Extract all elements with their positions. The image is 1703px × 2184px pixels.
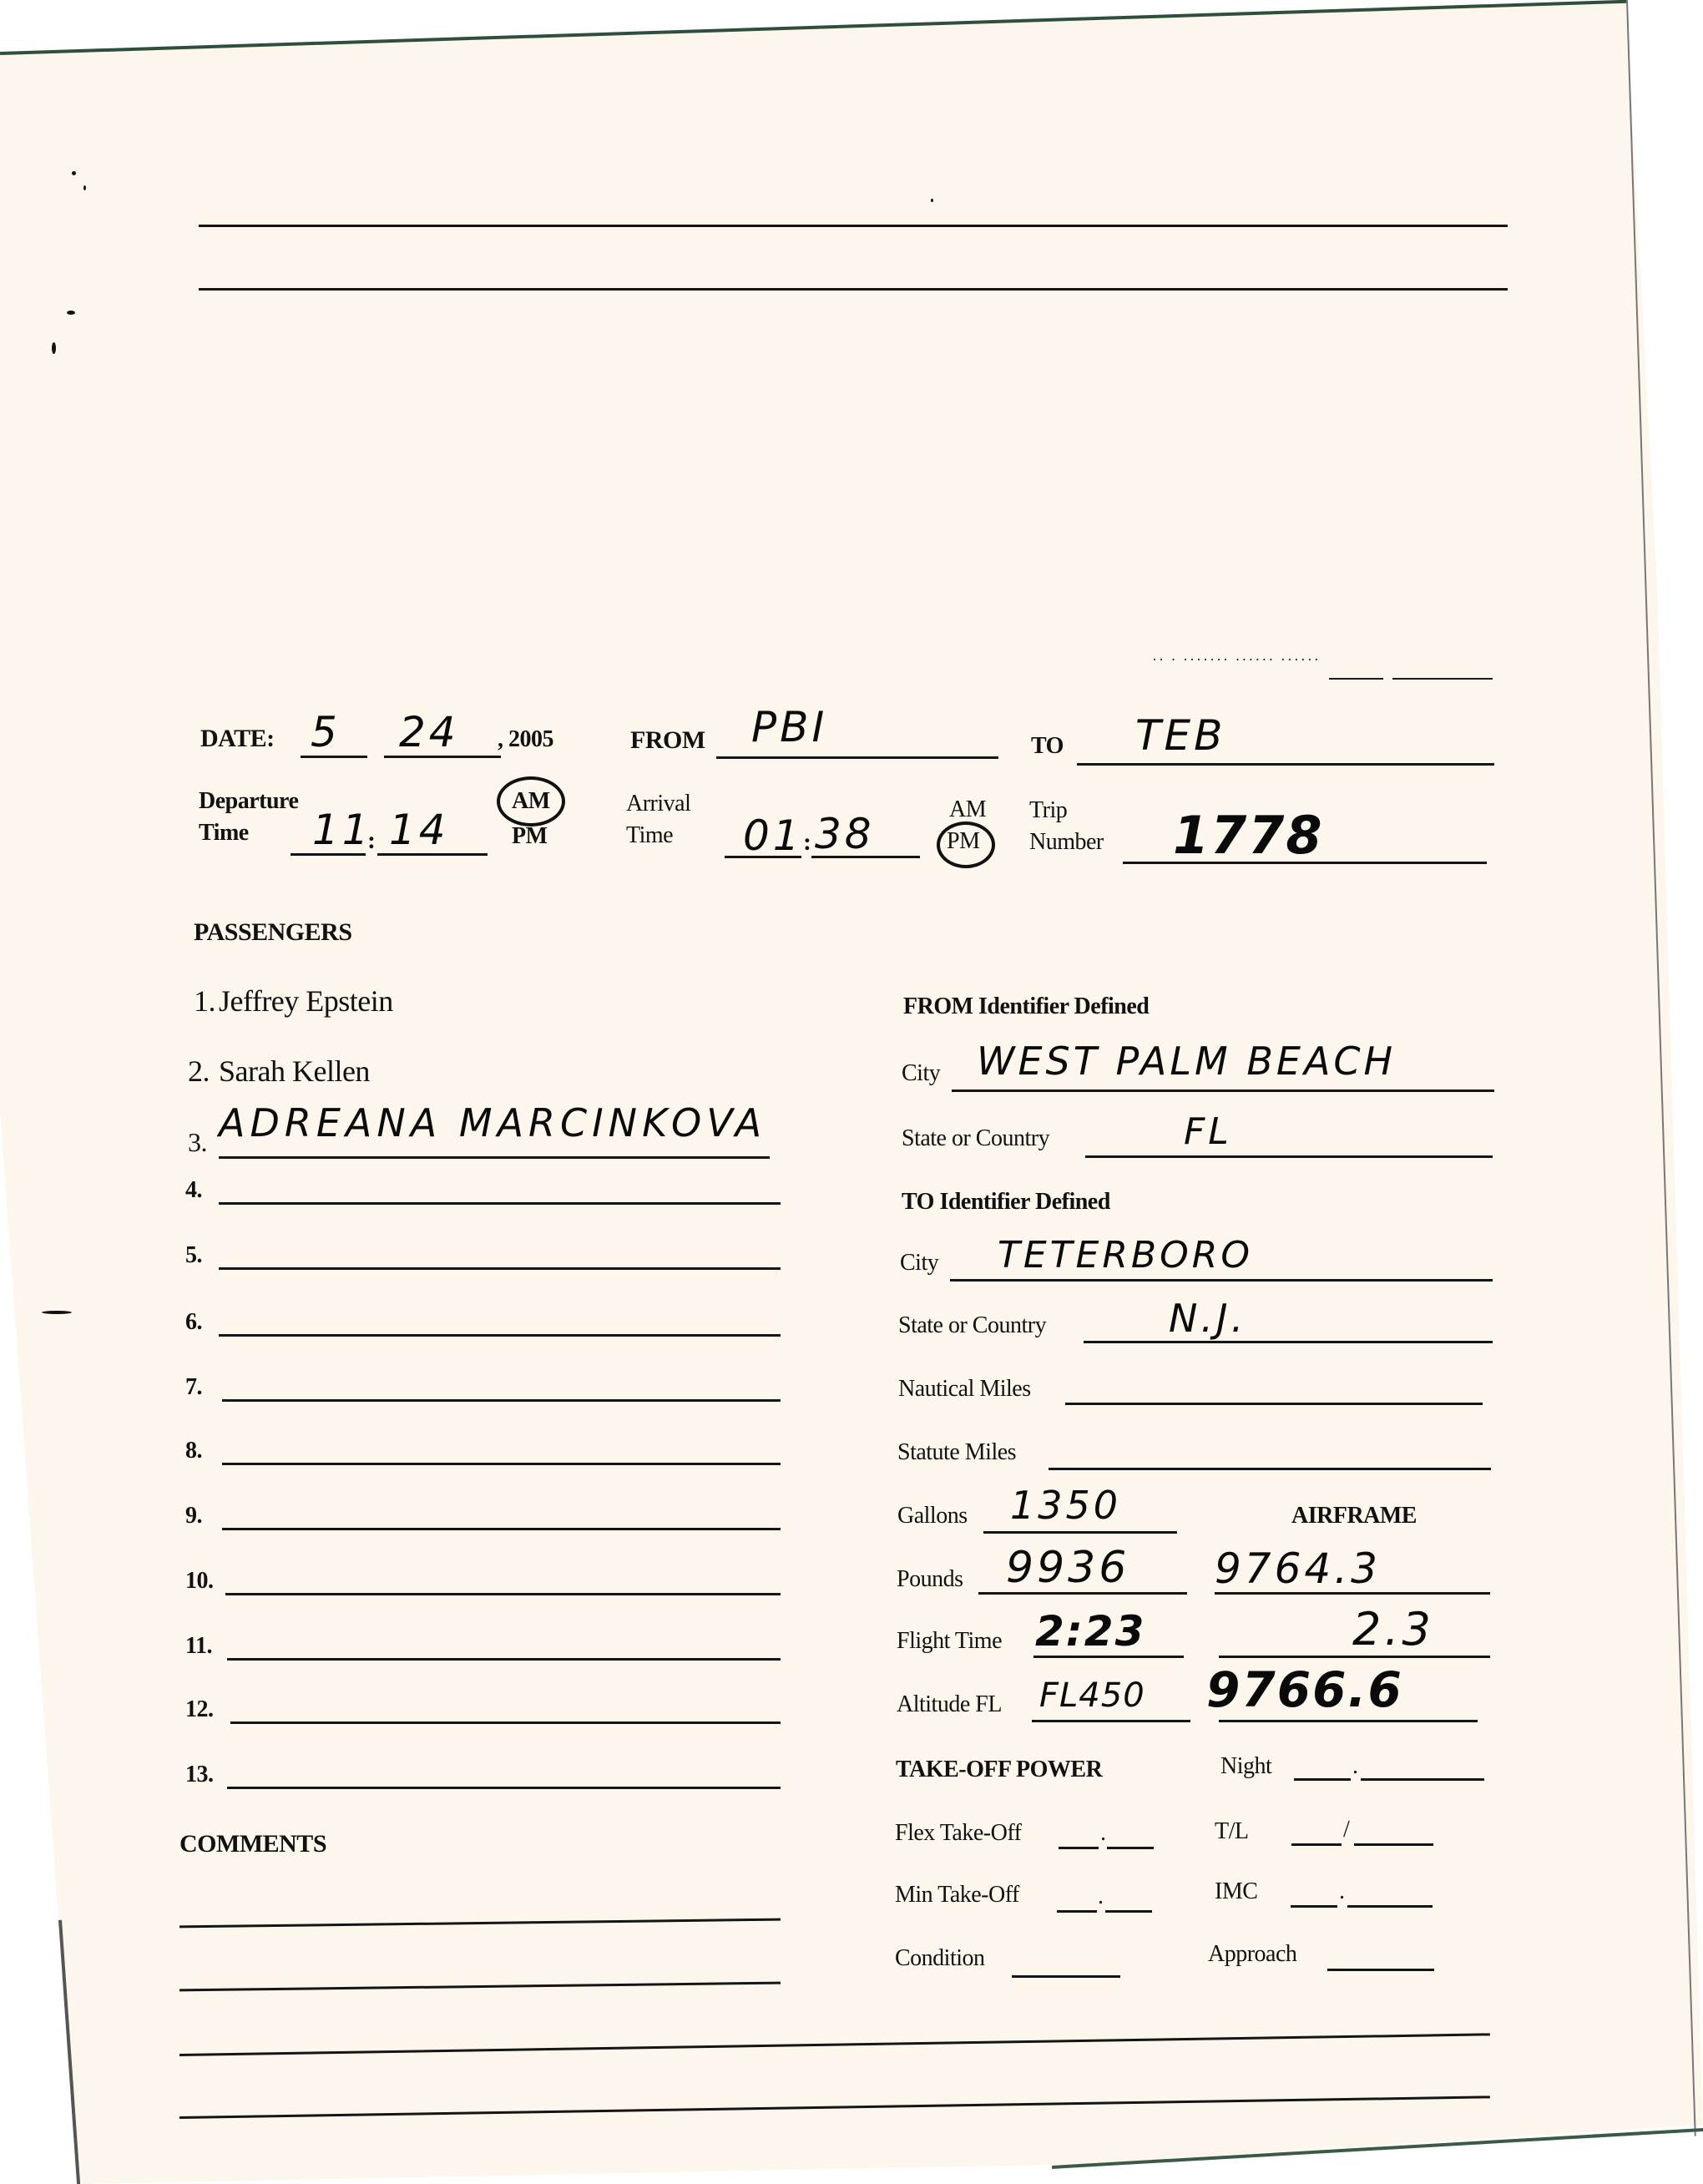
date-label: DATE: <box>200 725 275 753</box>
departure-am-selected-circle <box>497 776 565 827</box>
flex-line-left <box>1059 1847 1099 1849</box>
date-day-value[interactable]: 24 <box>399 708 459 756</box>
tl-sep: / <box>1343 1817 1349 1843</box>
departure-pm-option[interactable]: PM <box>512 823 548 850</box>
tl-line-left <box>1291 1843 1342 1846</box>
flight-time-line <box>1033 1656 1184 1658</box>
passenger-6-line[interactable] <box>219 1334 781 1337</box>
passenger-12-line[interactable] <box>230 1721 781 1724</box>
min-takeoff-label: Min Take-Off <box>895 1882 1019 1908</box>
from-identifier-heading: FROM Identifier Defined <box>903 993 1149 1020</box>
imc-line-left <box>1291 1905 1337 1908</box>
arrival-sep: : <box>803 828 811 857</box>
to-identifier-heading: TO Identifier Defined <box>902 1189 1110 1216</box>
gallons-label: Gallons <box>897 1503 968 1529</box>
passenger-7-number: 7. <box>185 1374 202 1401</box>
scan-speck <box>67 311 75 315</box>
flight-time-value[interactable]: 2:23 <box>1035 1607 1145 1656</box>
departure-hour-value[interactable]: 11 <box>312 806 372 854</box>
from-line <box>716 756 998 759</box>
arrival-time-label: Time <box>626 822 673 849</box>
scan-speck <box>42 1311 72 1314</box>
imc-sep: . <box>1339 1878 1345 1905</box>
passenger-4-number: 4. <box>185 1177 202 1204</box>
flight-time-label: Flight Time <box>897 1628 1002 1655</box>
passenger-5-line[interactable] <box>219 1267 781 1270</box>
min-line-right <box>1105 1910 1152 1913</box>
passenger-3-line <box>219 1156 770 1159</box>
pounds-airframe-value[interactable]: 9764.3 <box>1215 1544 1381 1593</box>
passenger-1-name: Jeffrey Epstein <box>219 983 393 1019</box>
date-month-value[interactable]: 5 <box>311 708 341 756</box>
altitude-label: Altitude FL <box>897 1691 1002 1718</box>
passenger-13-line[interactable] <box>227 1787 781 1789</box>
flex-takeoff-label: Flex Take-Off <box>895 1820 1021 1847</box>
arrival-am-option[interactable]: AM <box>949 796 986 823</box>
approach-label: Approach <box>1208 1941 1296 1968</box>
takeoff-power-heading: TAKE-OFF POWER <box>896 1757 1102 1783</box>
arrival-label: Arrival <box>626 791 690 817</box>
nautical-miles-line <box>1065 1403 1483 1405</box>
passenger-11-line[interactable] <box>227 1658 781 1661</box>
passenger-9-number: 9. <box>185 1503 202 1529</box>
to-state-line <box>1084 1341 1493 1343</box>
to-line <box>1077 763 1494 766</box>
pounds-value[interactable]: 9936 <box>1006 1543 1129 1593</box>
from-city-label: City <box>902 1060 940 1087</box>
min-sep: . <box>1098 1883 1104 1910</box>
to-value[interactable]: TEB <box>1135 711 1225 760</box>
altitude-line <box>1032 1720 1190 1722</box>
passenger-8-line[interactable] <box>222 1463 781 1465</box>
trip-number-value[interactable]: 1778 <box>1173 805 1324 866</box>
approach-line <box>1327 1969 1434 1971</box>
fragment-underline <box>1329 678 1383 680</box>
passenger-4-line[interactable] <box>219 1202 781 1205</box>
comments-heading: COMMENTS <box>179 1830 326 1858</box>
condition-line <box>1012 1975 1120 1978</box>
scan-speck <box>83 185 86 190</box>
flight-time-airframe-value[interactable]: 2.3 <box>1352 1603 1434 1656</box>
imc-label: IMC <box>1215 1878 1257 1905</box>
passenger-3-name[interactable]: Adreana Marcinkova <box>219 1100 766 1145</box>
gallons-line <box>983 1531 1177 1534</box>
from-state-label: State or Country <box>902 1125 1049 1152</box>
passenger-13-number: 13. <box>185 1762 214 1788</box>
passenger-12-number: 12. <box>185 1696 214 1723</box>
to-city-value[interactable]: Teterboro <box>998 1234 1253 1277</box>
scan-speck <box>72 171 76 175</box>
passenger-10-line[interactable] <box>225 1593 781 1595</box>
departure-sep: : <box>367 827 376 855</box>
departure-minute-value[interactable]: 14 <box>389 806 449 854</box>
passenger-11-number: 11. <box>185 1633 212 1660</box>
night-label: Night <box>1220 1753 1271 1780</box>
to-state-label: State or Country <box>898 1312 1046 1339</box>
trip-label: Trip <box>1029 797 1067 824</box>
to-city-line <box>950 1279 1493 1282</box>
pounds-label: Pounds <box>897 1566 963 1593</box>
gallons-value[interactable]: 1350 <box>1010 1483 1121 1528</box>
flex-sep: . <box>1100 1820 1106 1847</box>
passenger-2-name: Sarah Kellen <box>219 1054 370 1089</box>
from-state-line <box>1085 1155 1493 1158</box>
min-line-left <box>1057 1910 1097 1913</box>
to-label: TO <box>1031 733 1064 760</box>
passenger-8-number: 8. <box>185 1438 202 1464</box>
imc-line-right <box>1347 1905 1433 1908</box>
from-state-value[interactable]: FL <box>1184 1110 1232 1153</box>
scan-speck <box>52 342 56 354</box>
top-blank-line <box>199 288 1508 291</box>
from-label: FROM <box>630 726 705 755</box>
passenger-3-number: 3. <box>188 1127 207 1158</box>
fragment-underline <box>1392 678 1493 680</box>
from-city-value[interactable]: West Palm Beach <box>977 1039 1396 1084</box>
departure-time-label: Time <box>199 820 249 847</box>
passenger-1-number: 1. <box>194 983 215 1019</box>
illegible-header-fragment: ·· · ······· ······ ······ <box>1152 651 1321 669</box>
night-sep: . <box>1352 1753 1358 1780</box>
condition-label: Condition <box>895 1945 985 1972</box>
passenger-10-number: 10. <box>185 1568 214 1595</box>
passenger-7-line[interactable] <box>222 1399 781 1402</box>
passenger-5-number: 5. <box>185 1242 202 1269</box>
passengers-heading: PASSENGERS <box>194 918 352 947</box>
trip-number-label: Number <box>1029 829 1104 856</box>
to-state-value[interactable]: N.J. <box>1169 1296 1246 1341</box>
top-blank-line <box>199 225 1508 227</box>
from-city-line <box>952 1089 1494 1092</box>
altitude-value[interactable]: FL450 <box>1039 1676 1145 1715</box>
departure-label: Departure <box>199 788 298 815</box>
scan-speck <box>931 199 933 202</box>
airframe-heading: AIRFRAME <box>1291 1503 1417 1529</box>
arrival-hour-value[interactable]: 01 <box>743 811 803 860</box>
statute-miles-line <box>1049 1468 1491 1470</box>
flex-line-right <box>1107 1847 1154 1849</box>
arrival-minute-value[interactable]: 38 <box>815 810 875 858</box>
date-year: , 2005 <box>498 726 553 753</box>
passenger-2-number: 2. <box>188 1054 210 1089</box>
passenger-6-number: 6. <box>185 1309 202 1336</box>
altitude-airframe-line <box>1219 1720 1478 1722</box>
flight-time-airframe-line <box>1219 1656 1490 1658</box>
arrival-pm-selected-circle <box>937 822 995 868</box>
tl-line-right <box>1354 1843 1433 1846</box>
tl-label: T/L <box>1215 1818 1249 1845</box>
passenger-9-line[interactable] <box>222 1528 781 1530</box>
statute-miles-label: Statute Miles <box>897 1439 1016 1466</box>
altitude-airframe-value[interactable]: 9766.6 <box>1206 1661 1403 1718</box>
to-city-label: City <box>900 1250 938 1277</box>
nautical-miles-label: Nautical Miles <box>898 1376 1031 1403</box>
night-line-left <box>1294 1778 1351 1781</box>
from-value[interactable]: PBI <box>751 703 827 751</box>
night-line-right <box>1361 1778 1484 1781</box>
